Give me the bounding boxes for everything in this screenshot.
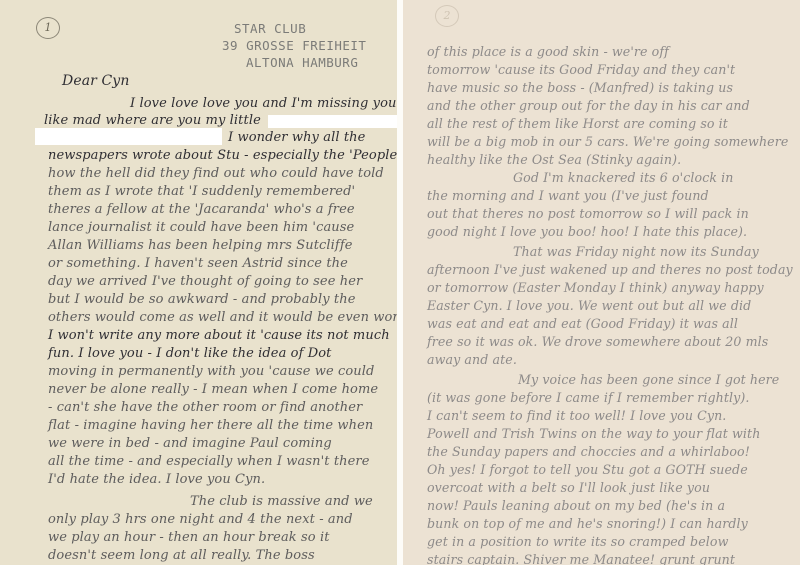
letter-line: My voice has been gone since I got here bbox=[518, 372, 779, 387]
address-line: 39 GROSSE FREIHEIT bbox=[222, 37, 366, 54]
letter-line: never be alone really - I mean when I co… bbox=[48, 382, 378, 397]
letter-page-left: 1 STAR CLUB 39 GROSSE FREIHEIT ALTONA HA… bbox=[0, 0, 397, 565]
letter-line: all the rest of them like Horst are comi… bbox=[427, 116, 728, 131]
letter-line: theres a fellow at the 'Jacaranda' who's… bbox=[48, 202, 355, 217]
letter-line: the Sunday papers and choccies and a whi… bbox=[427, 444, 750, 459]
letter-line: Powell and Trish Twins on the way to you… bbox=[427, 426, 760, 441]
letter-line: overcoat with a belt so I'll look just l… bbox=[427, 480, 710, 495]
salutation: Dear Cyn bbox=[62, 73, 129, 89]
letterhead-address: STAR CLUB 39 GROSSE FREIHEIT ALTONA HAMB… bbox=[222, 20, 366, 71]
address-line: ALTONA HAMBURG bbox=[222, 54, 366, 71]
letter-line: but I would be so awkward - and probably… bbox=[48, 292, 356, 307]
letter-line: of this place is a good skin - we're off bbox=[427, 44, 669, 59]
letter-line: or something. I haven't seen Astrid sinc… bbox=[48, 256, 348, 271]
redaction-block bbox=[35, 128, 222, 145]
letter-line: lance journalist it could have been him … bbox=[48, 220, 354, 235]
letter-line: others would come as well and it would b… bbox=[48, 310, 418, 325]
letter-line: we play an hour - then an hour break so … bbox=[48, 530, 330, 545]
letter-line: only play 3 hrs one night and 4 the next… bbox=[48, 512, 353, 527]
letter-line: flat - imagine having her there all the … bbox=[48, 418, 373, 433]
letter-line: I can't seem to find it too well! I love… bbox=[427, 408, 726, 423]
letter-line: all the time - and especially when I was… bbox=[48, 454, 370, 469]
letter-page-right: 2 of this place is a good skin - we're o… bbox=[403, 0, 800, 565]
letter-line: day we arrived I've thought of going to … bbox=[48, 274, 362, 289]
letter-line: The club is massive and we bbox=[190, 494, 373, 509]
letter-line: fun. I love you - I don't like the idea … bbox=[48, 346, 332, 361]
letter-line: them as I wrote that 'I suddenly remembe… bbox=[48, 184, 355, 199]
letter-line: doesn't seem long at all really. The bos… bbox=[48, 548, 315, 563]
letter-line: out that theres no post tomorrow so I wi… bbox=[427, 206, 749, 221]
letter-line: Oh yes! I forgot to tell you Stu got a G… bbox=[427, 462, 748, 477]
letter-line: healthy like the Ost Sea (Stinky again). bbox=[427, 152, 681, 167]
page-number-circle: 1 bbox=[36, 17, 60, 39]
letter-line: tomorrow 'cause its Good Friday and they… bbox=[427, 62, 735, 77]
letter-line: and the other group out for the day in h… bbox=[427, 98, 750, 113]
letter-line: good night I love you boo! hoo! I hate t… bbox=[427, 224, 747, 239]
page-number-circle: 2 bbox=[435, 5, 459, 27]
letter-line: away and ate. bbox=[427, 352, 517, 367]
letter-line: moving in permanently with you 'cause we… bbox=[48, 364, 374, 379]
letter-line: get in a position to write its so crampe… bbox=[427, 534, 728, 549]
letter-line: like mad where are you my little bbox=[44, 113, 261, 128]
letter-line: the morning and I want you (I've just fo… bbox=[427, 188, 709, 203]
letter-line: - can't she have the other room or find … bbox=[48, 400, 362, 415]
letter-line: free so it was ok. We drove somewhere ab… bbox=[427, 334, 768, 349]
redaction-block bbox=[268, 115, 400, 128]
letter-line: Easter Cyn. I love you. We went out but … bbox=[427, 298, 751, 313]
letter-line: I won't write any more about it 'cause i… bbox=[48, 328, 390, 343]
letter-line: newspapers wrote about Stu - especially … bbox=[48, 148, 439, 163]
letter-line: afternoon I've just wakened up and there… bbox=[427, 262, 793, 277]
letter-line: bunk on top of me and he's snoring!) I c… bbox=[427, 516, 748, 531]
letter-line: I wonder why all the bbox=[228, 130, 365, 145]
letter-line: we were in bed - and imagine Paul coming bbox=[48, 436, 332, 451]
letter-line: stairs captain. Shiver me Manatee! grunt… bbox=[427, 552, 735, 565]
letter-line: now! Pauls leaning about on my bed (he's… bbox=[427, 498, 725, 513]
letter-line: was eat and eat and eat (Good Friday) it… bbox=[427, 316, 738, 331]
letter-line: Allan Williams has been helping mrs Sutc… bbox=[48, 238, 353, 253]
letter-line: or tomorrow (Easter Monday I think) anyw… bbox=[427, 280, 764, 295]
letter-line: I'd hate the idea. I love you Cyn. bbox=[48, 472, 265, 487]
letter-line: (it was gone before I came if I remember… bbox=[427, 390, 750, 405]
letter-line: God I'm knackered its 6 o'clock in bbox=[513, 170, 734, 185]
letter-line: have music so the boss - (Manfred) is ta… bbox=[427, 80, 733, 95]
letter-line: I love love love you and I'm missing you bbox=[130, 96, 397, 111]
letter-line: will be a big mob in our 5 cars. We're g… bbox=[427, 134, 788, 149]
letter-line: That was Friday night now its Sunday bbox=[513, 244, 759, 259]
letter-line: how the hell did they find out who could… bbox=[48, 166, 384, 181]
address-line: STAR CLUB bbox=[222, 20, 366, 37]
